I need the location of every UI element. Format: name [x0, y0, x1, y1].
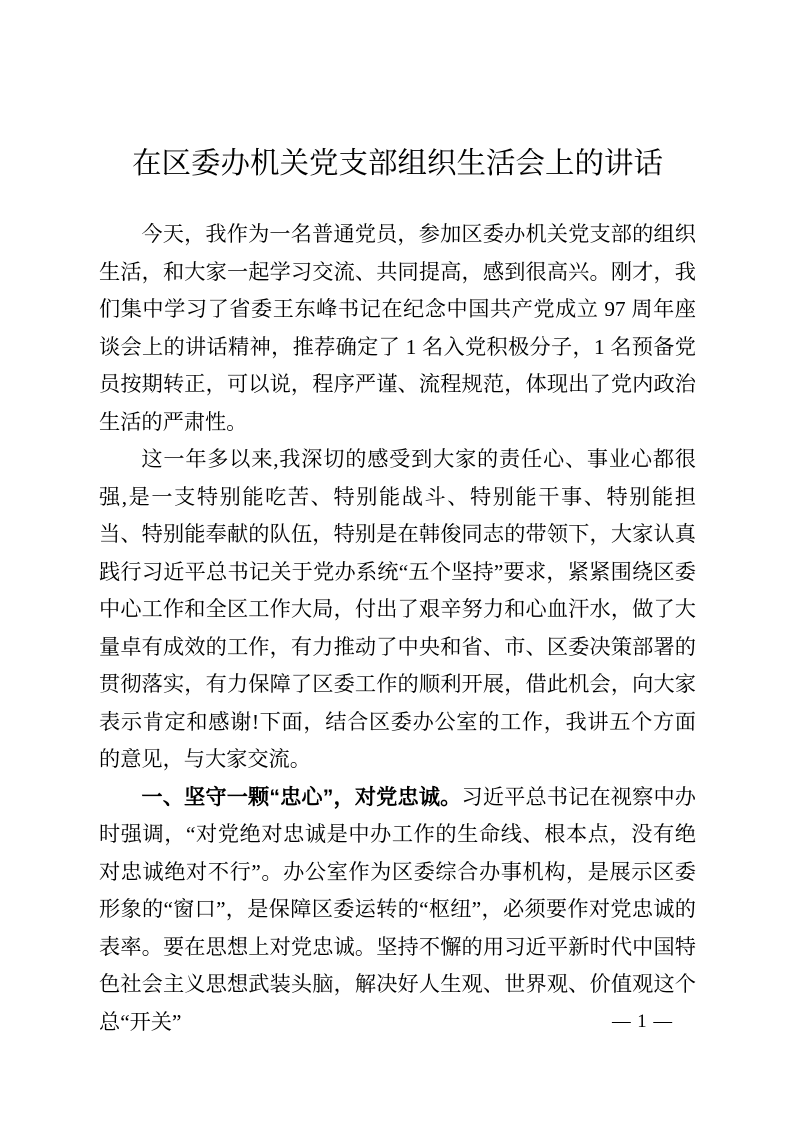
document-page: 在区委办机关党支部组织生活会上的讲话 今天，我作为一名普通党员，参加区委办机关党… [0, 0, 793, 1122]
paragraph-text: 这一年多以来,我深切的感受到大家的责任心、事业心都很强,是一支特别能吃苦、特别能… [99, 447, 696, 771]
document-title: 在区委办机关党支部组织生活会上的讲话 [99, 142, 696, 186]
paragraph: 今天，我作为一名普通党员，参加区委办机关党支部的组织生活，和大家一起学习交流、共… [99, 216, 696, 441]
page-number: — 1 — [0, 1009, 673, 1035]
paragraph: 一、坚守一颗“忠心”，对党忠诚。习近平总书记在视察中办时强调，“对党绝对忠诚是中… [99, 779, 696, 1042]
paragraph-text: 今天，我作为一名普通党员，参加区委办机关党支部的组织生活，和大家一起学习交流、共… [99, 222, 696, 434]
paragraph-bold-lead: 一、坚守一颗“忠心”，对党忠诚。 [141, 786, 461, 809]
paragraph: 这一年多以来,我深切的感受到大家的责任心、事业心都很强,是一支特别能吃苦、特别能… [99, 441, 696, 779]
document-body: 今天，我作为一名普通党员，参加区委办机关党支部的组织生活，和大家一起学习交流、共… [99, 216, 696, 1041]
paragraph-text: 习近平总书记在视察中办时强调，“对党绝对忠诚是中办工作的生命线、根本点，没有绝对… [99, 785, 696, 1034]
